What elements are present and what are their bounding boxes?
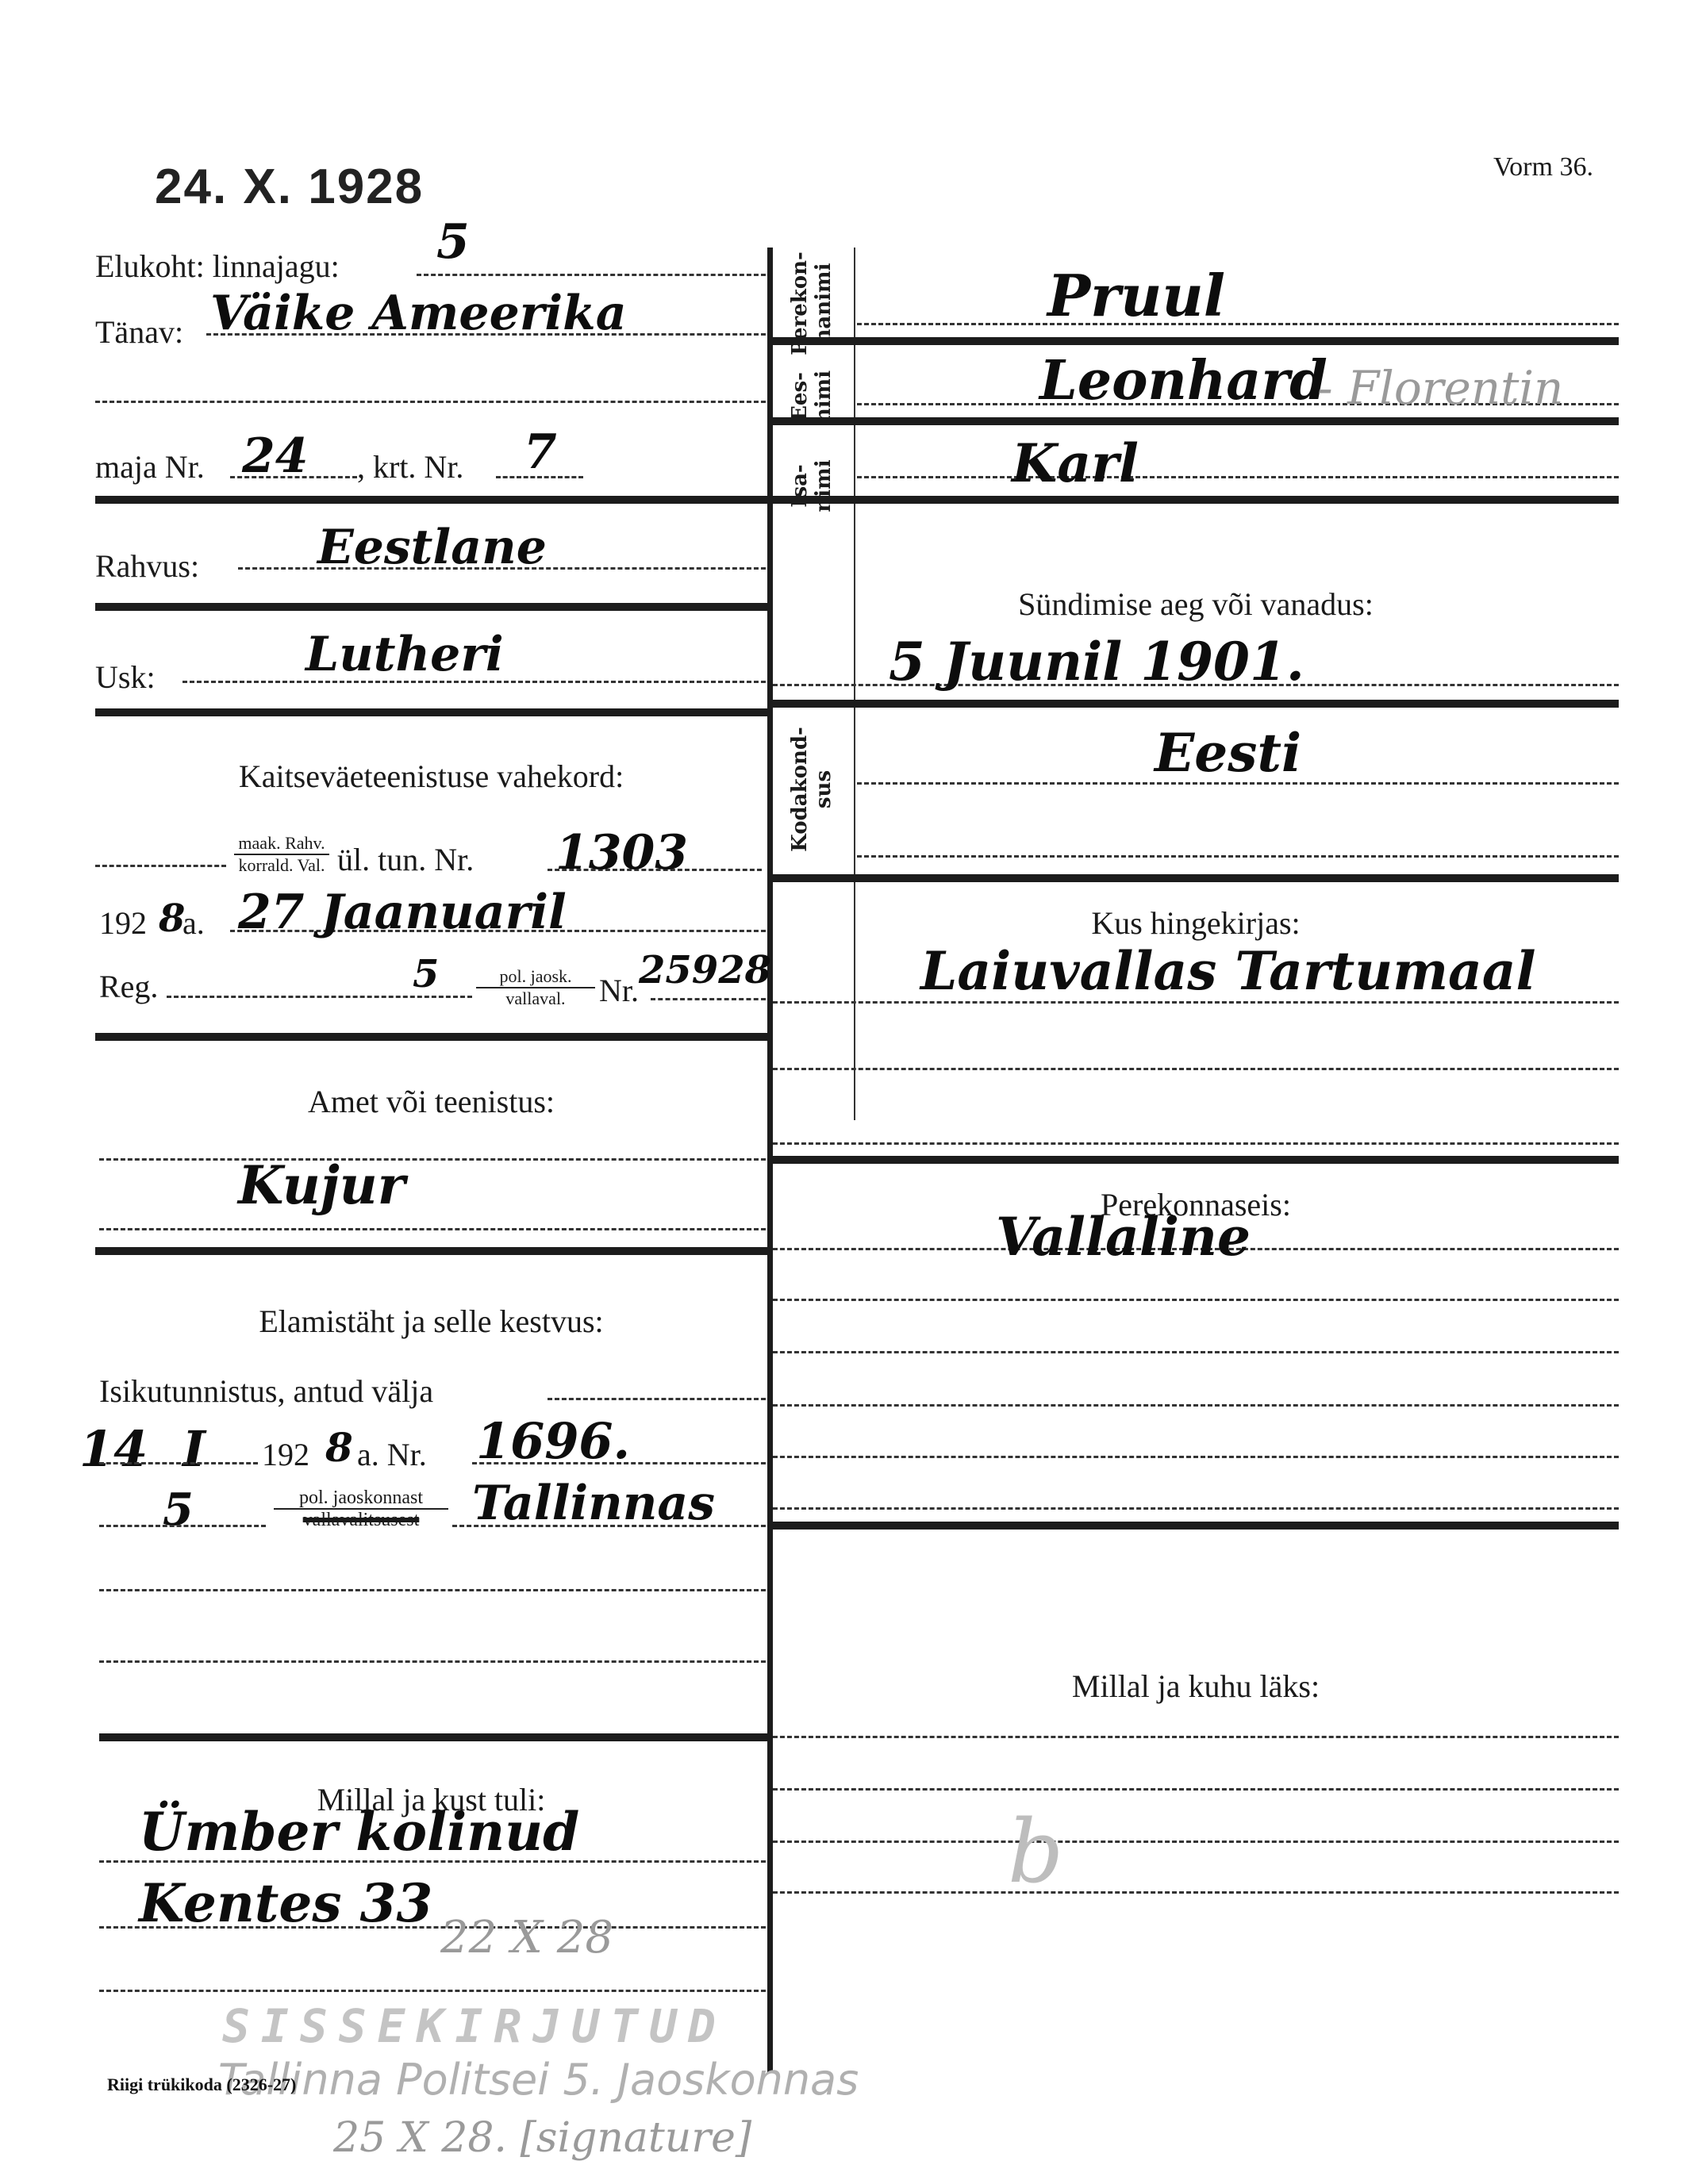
reg-nr-value[interactable]: 25928	[639, 948, 771, 992]
departure-line-2	[773, 1788, 1619, 1791]
label-line: sus	[812, 714, 836, 865]
divider	[99, 1733, 767, 1741]
citizenship-value[interactable]: Eesti	[1155, 722, 1301, 784]
divider	[95, 1247, 767, 1255]
citizenship-label: Kodakond- sus	[788, 714, 836, 865]
divider	[773, 700, 1619, 708]
divider	[773, 496, 1619, 504]
divider	[773, 337, 1619, 345]
center-divider	[767, 248, 773, 2072]
military-date-value[interactable]: 27 Jaanuaril	[238, 885, 567, 940]
fraction-top: maak. Rahv.	[234, 833, 329, 854]
divider	[95, 708, 767, 716]
military-heading: Kaitseväeteenistuse vahekord:	[95, 758, 767, 795]
permit-heading: Elamistäht ja selle kestvus:	[95, 1303, 767, 1340]
house-label: maja Nr.	[95, 448, 205, 486]
address-extra-line	[95, 401, 766, 403]
label-line: Kodakond-	[788, 714, 812, 865]
district-label: Elukoht: linnajagu:	[95, 248, 340, 285]
arrival-line-2-rule	[99, 1926, 766, 1929]
id-label: Isikutunnistus, antud välja	[99, 1372, 433, 1410]
apt-value[interactable]: 7	[524, 424, 557, 480]
issuer-fraction: pol. jaoskonnast vallavalitsusest	[274, 1487, 448, 1530]
registry-line-3	[773, 1142, 1619, 1145]
marital-line-4	[773, 1404, 1619, 1407]
nationality-label: Rahvus:	[95, 547, 199, 585]
departure-line-1	[773, 1736, 1619, 1738]
arrival-line-1-rule	[99, 1860, 766, 1863]
district-value[interactable]: 5	[436, 214, 470, 270]
religion-label: Usk:	[95, 658, 156, 696]
street-value[interactable]: Väike Ameerika	[210, 286, 627, 341]
permit-line-3	[99, 1589, 766, 1591]
marital-line-2	[773, 1299, 1619, 1301]
departure-heading: Millal ja kuhu läks:	[773, 1668, 1619, 1705]
district-line	[417, 274, 766, 276]
id-number[interactable]: 1696.	[476, 1412, 630, 1470]
issuer-city[interactable]: Tallinnas	[472, 1476, 715, 1531]
fraction-bottom-struck: vallavalitsusest	[274, 1510, 448, 1530]
year-prefix: 192	[99, 904, 147, 942]
id-year-suffix: a. Nr.	[357, 1436, 427, 1473]
first-name-label: Ees- nimi	[788, 349, 836, 444]
arrival-line-2[interactable]: Kentes 33	[139, 1872, 432, 1934]
divider	[95, 1033, 767, 1041]
cert-value[interactable]: 1303	[555, 825, 688, 881]
occupation-line-1	[99, 1158, 766, 1161]
registration-stamp-date: 25 X 28. [signature]	[333, 2114, 751, 2162]
id-line	[548, 1398, 766, 1400]
reg-label: Reg.	[99, 968, 158, 1005]
reg-district[interactable]: 5	[413, 952, 439, 996]
printer-line: Riigi trükikoda (2326-27)	[107, 2075, 296, 2095]
registry-value[interactable]: Laiuvallas Tartumaal	[920, 940, 1536, 1002]
label-line: Ees-	[788, 349, 812, 444]
id-year-prefix: 192	[262, 1436, 309, 1473]
surname-line	[857, 323, 1619, 325]
form-number: Vorm 36.	[1493, 152, 1593, 182]
id-day[interactable]: 14	[79, 1420, 148, 1478]
fraction-bottom: vallaval.	[476, 988, 595, 1009]
surname-value[interactable]: Pruul	[1047, 262, 1225, 329]
registration-stamp-title: SISSEKIRJUTUD	[222, 1999, 727, 2053]
apt-label: , krt. Nr.	[357, 448, 463, 486]
divider	[773, 1156, 1619, 1164]
reg-nr-line	[651, 998, 766, 1000]
date-stamp: 24. X. 1928	[155, 159, 424, 215]
id-month[interactable]: I	[183, 1420, 206, 1478]
year-suffix: a.	[183, 904, 205, 942]
year-digit[interactable]: 8	[159, 896, 185, 941]
arrival-pencil-date: 22 X 28	[440, 1912, 613, 1963]
issuer-district-line	[99, 1525, 266, 1527]
divider	[95, 496, 767, 504]
reg-fraction: pol. jaosk. vallaval.	[476, 966, 595, 1009]
first-name-value[interactable]: Leonhard	[1039, 349, 1328, 413]
fraction-top: pol. jaoskonnast	[274, 1487, 448, 1508]
citizenship-line-2	[857, 855, 1619, 858]
id-date-line	[99, 1462, 258, 1464]
registration-stamp-office: Tallinna Politsei 5. Jaoskonnas	[218, 2055, 859, 2105]
father-name-value[interactable]: Karl	[1012, 432, 1139, 494]
fraction-bottom: korrald. Val.	[234, 855, 329, 876]
divider	[773, 874, 1619, 882]
fraction-top: pol. jaosk.	[476, 966, 595, 987]
marital-value[interactable]: Vallaline	[996, 1206, 1251, 1268]
nationality-value[interactable]: Eestlane	[317, 520, 547, 575]
reg-nr-label: Nr.	[599, 972, 639, 1009]
departure-pencil-mark: b	[1008, 1801, 1063, 1902]
label-line: Isa-	[788, 432, 812, 539]
birth-value[interactable]: 5 Juunil 1901.	[889, 631, 1304, 693]
father-name-line	[857, 476, 1619, 478]
arrival-line-3-rule	[99, 1990, 766, 1992]
registry-heading: Kus hingekirjas:	[773, 904, 1619, 942]
first-name-pencil-addition: - Florentin	[1317, 361, 1563, 415]
military-fraction: maak. Rahv. korrald. Val.	[234, 833, 329, 876]
departure-line-3	[773, 1840, 1619, 1843]
father-name-label: Isa- nimi	[788, 432, 836, 539]
issuer-district[interactable]: 5	[163, 1484, 194, 1536]
label-line: nimi	[812, 349, 836, 444]
religion-value[interactable]: Lutheri	[305, 627, 504, 682]
birth-heading: Sündimise aeg või vanadus:	[773, 585, 1619, 623]
marital-line-3	[773, 1351, 1619, 1353]
registry-line-2	[773, 1068, 1619, 1070]
occupation-line-2	[99, 1228, 766, 1230]
departure-line-4	[773, 1891, 1619, 1894]
street-label: Tänav:	[95, 313, 183, 351]
occupation-heading: Amet või teenistus:	[95, 1083, 767, 1120]
arrival-line-1[interactable]: Ümber kolinud	[139, 1801, 579, 1863]
marital-line-6	[773, 1507, 1619, 1510]
cert-label: ül. tun. Nr.	[337, 841, 474, 878]
marital-line-5	[773, 1456, 1619, 1458]
divider	[95, 603, 767, 611]
label-line: nimi	[812, 432, 836, 539]
military-unit-line	[95, 865, 226, 867]
divider	[773, 1522, 1619, 1530]
divider	[773, 417, 1619, 425]
house-value[interactable]: 24	[242, 428, 309, 484]
permit-line-4	[99, 1660, 766, 1663]
id-year-digit[interactable]: 8	[325, 1424, 353, 1471]
occupation-value[interactable]: Kujur	[238, 1154, 405, 1216]
